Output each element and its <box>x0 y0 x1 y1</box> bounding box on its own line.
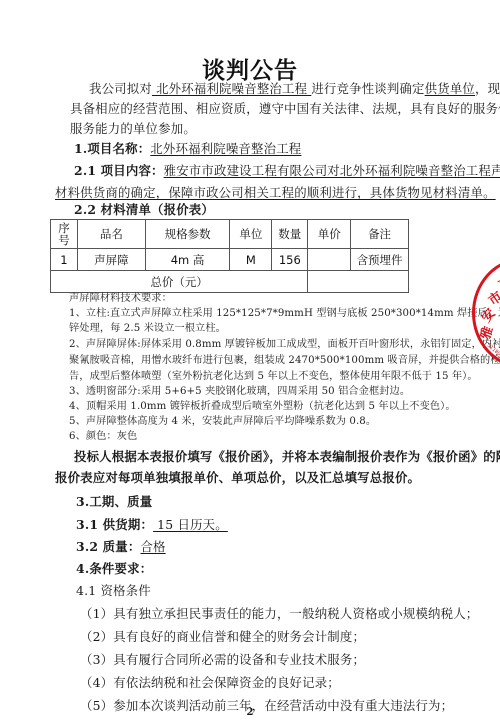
cell-seq: 1 <box>51 249 78 271</box>
quote-table: 序号 品名 规格参数 单位 数量 单价 备注 1 声屏障 4m 高 M 156 … <box>50 219 409 293</box>
bid-instruction-line-1: 投标人根据本表报价填写《报价函》，并将本表编制报价表作为《报价函》的附件， <box>74 450 500 464</box>
tech-line: 告，成型后整体喷塑（室外粉抗老化达到 5 年以上不变色，整体使用年限不低于 15… <box>69 371 478 383</box>
qualification-item: （4）有依法纳税和社会保障资金的良好记录； <box>80 676 340 690</box>
schedule-quality-heading: 3.工期、质量 <box>76 495 152 509</box>
table-total-row: 总价（元） <box>51 271 409 293</box>
bid-instruction-line-2: 报价表应对每项单独填报单价、单项总价，以及汇总填写总报价。 <box>55 471 420 485</box>
supply-period-label: 3.1 供货期： <box>76 517 153 532</box>
material-list-heading: 2.2 材料清单（报价表） <box>74 203 214 217</box>
project-content-line-1: 雅安市市政建设工程有限公司对北外环福利院噪音整治工程声屏障 <box>164 163 500 178</box>
header-price: 单价 <box>308 220 351 249</box>
tech-line: 1、立柱:直立式声屏障立柱采用 125*125*7*9mmH 型钢与底板 250… <box>69 308 500 320</box>
header-seq: 序号 <box>51 220 78 249</box>
project-name-label: 1.项目名称： <box>74 141 150 156</box>
tech-line: 5、声屏障整体高度为 4 米，安装此声屏障后平均降噪系数为 0.8。 <box>69 416 376 428</box>
supply-period-value: 15 日历天。 <box>153 517 228 532</box>
intro-supplier: 供货单位 <box>425 81 475 96</box>
intro-line-1: 我公司拟对 北外环福利院噪音整治工程 进行竞争性谈判确定供货单位，现诚邀 <box>89 82 500 96</box>
tech-line: 聚氰胺吸音棉，用憎水玻纤布进行包裹，组装成 2470*500*100mm 吸音屏… <box>69 355 500 367</box>
company-seal-stamp: 雅 安 市 市 5118025 <box>472 258 500 368</box>
quality-row: 3.2 质量：合格 <box>76 540 166 554</box>
supply-period-row: 3.1 供货期： 15 日历天。 <box>76 518 228 532</box>
cell-note: 含预埋件 <box>351 249 409 271</box>
cell-price <box>308 249 351 271</box>
page-number: 2 <box>0 707 500 718</box>
header-name: 品名 <box>77 220 145 249</box>
tech-line: 锌处理，每 2.5 米设立一根立柱。 <box>69 323 226 335</box>
project-name-row: 1.项目名称：北外环福利院噪音整治工程 <box>74 142 301 156</box>
intro-line-2: 具备相应的经营范围、相应资质，遵守中国有关法律、法规，具有良好的服务信誉及 <box>70 102 500 116</box>
quality-value: 合格 <box>140 539 165 554</box>
conditions-heading: 4.条件要求： <box>76 562 152 576</box>
header-spec: 规格参数 <box>145 220 230 249</box>
project-content-label: 2.1 项目内容： <box>74 163 164 178</box>
intro-project-name: 北外环福利院噪音整治工程 <box>152 81 311 96</box>
project-name-value: 北外环福利院噪音整治工程 <box>150 141 301 156</box>
tech-requirements-heading: 声屏障材料技术要求： <box>69 293 172 305</box>
quality-label: 3.2 质量： <box>76 539 140 554</box>
cell-name: 声屏障 <box>77 249 145 271</box>
table-header-row: 序号 品名 规格参数 单位 数量 单价 备注 <box>51 220 409 249</box>
qualification-item: （3）具有履行合同所必需的设备和专业技术服务； <box>80 653 365 667</box>
tech-line: 4、顶帽采用 1.0mm 镀锌板折叠成型后喷室外塑粉（抗老化达到 5 年以上不变… <box>69 401 456 413</box>
tech-line: 3、透明窗部分:采用 5+6+5 夹胶钢化玻璃，四周采用 50 铝合金框封边。 <box>69 386 410 398</box>
qualification-item: （2）具有良好的商业信誉和健全的财务会计制度； <box>80 630 365 644</box>
cell-qty: 156 <box>272 249 308 271</box>
project-content-line-2: 材料供货商的确定，保障市政公司相关工程的顺利进行，具体货物见材料清单。 <box>55 186 496 200</box>
header-note: 备注 <box>351 220 409 249</box>
tech-line: 6、颜色：灰色 <box>69 431 137 443</box>
cell-spec: 4m 高 <box>145 249 230 271</box>
project-content-row: 2.1 项目内容：雅安市市政建设工程有限公司对北外环福利院噪音整治工程声屏障 <box>74 164 500 178</box>
tech-line: 2、声屏障屏体:屏体采用 0.8mm 厚镀锌板加工成成型，面板开百叶窗形状，永铝… <box>69 339 500 351</box>
seal-char: 雅 <box>474 323 496 342</box>
total-label: 总价（元） <box>51 271 308 293</box>
qualification-item: （1）具有独立承担民事责任的能力，一般纳税人资格或小规模纳税人； <box>80 607 478 621</box>
header-qty: 数量 <box>272 220 308 249</box>
qualification-heading: 4.1 资格条件 <box>76 584 151 598</box>
intro-line-3: 服务能力的单位参加。 <box>70 122 196 136</box>
table-row: 1 声屏障 4m 高 M 156 含预埋件 <box>51 249 409 271</box>
total-value <box>308 271 409 293</box>
cell-unit: M <box>230 249 272 271</box>
header-unit: 单位 <box>230 220 272 249</box>
